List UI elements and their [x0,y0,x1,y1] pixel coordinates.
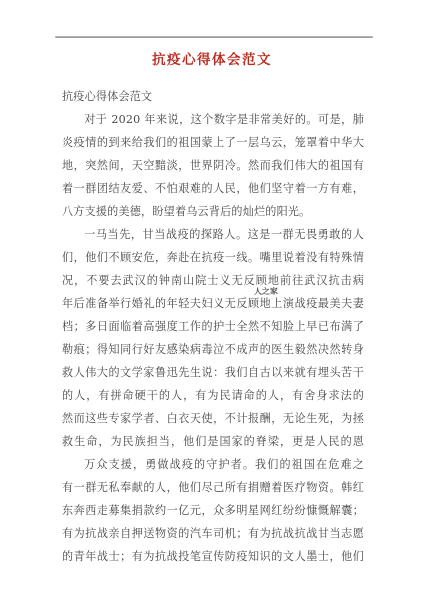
text-line: 东奔西走募集捐款约一亿元，众多明星网红纷纷慷慨解囊； [62,499,364,522]
text-line: 的人，有拼命硬干的人，有为民请命的人，有舍身求法的人。 [62,384,364,407]
text-line: 然而这些专家学者、白衣天使，不计报酬，无论生死，为拯 [62,407,364,430]
text-line: 档；多日面临着高强度工作的护士全然不知脸上早已布满了 [62,315,364,338]
header-rule [55,36,373,38]
text-line: 救人伟大的文学家鲁迅先生说：我们自古以来就有埋头苦干 [62,361,364,384]
text-line: 勒痕；得知同行好友感染病毒泣不成声的医生毅然决然转身 [62,338,364,361]
text-line: 们，他们不顾安危，奔赴在抗疫一线。嘴里说着没有特殊情 [62,246,364,269]
page-title: 抗疫心得体会范文 [0,48,424,68]
text-line: 有一群无私奉献的人，他们尽己所有捐赠着医疗物资。韩红 [62,476,364,499]
text-line: 万众支援，勇做战疫的守护者。我们的祖国在危难之际， [62,453,364,476]
text-line: 着一群团结友爱、不怕艰难的人民，他们坚守着一方有难， [62,177,364,200]
body-text: 抗疫心得体会范文对于 2020 年来说，这个数字是非常美好的。可是，肺炎疫情的到… [62,85,364,568]
text-line: 地，突然间，天空黯淡，世界阴冷。然而我们伟大的祖国有 [62,154,364,177]
text-line: 抗疫心得体会范文 [62,85,364,108]
text-line: 炎疫情的到来给我们的祖国蒙上了一层乌云，笼罩着中华大 [62,131,364,154]
text-line: 八方支援的美德，盼望着乌云背后的灿烂的阳光。 [62,200,364,223]
text-line: 救生命，为民族担当，他们是国家的脊梁，更是人民的恩人。 [62,430,364,453]
text-line: 对于 2020 年来说，这个数字是非常美好的。可是，肺 [62,108,364,131]
document-page: 抗疫心得体会范文 抗疫心得体会范文对于 2020 年来说，这个数字是非常美好的。… [0,0,424,600]
text-line: 况，不要去武汉的钟南山院士义无反顾地前往武汉抗击病毒； [62,269,364,292]
text-line: 年后准备举行婚礼的年轻夫妇义无反顾地上演战疫最美夫妻 [62,292,364,315]
text-line: 一马当先，甘当战疫的探路人。这是一群无畏勇敢的人 [62,223,364,246]
text-line: 的青年战士；有为抗战投笔宣传防疫知识的文人墨士，他们 [62,545,364,568]
text-line: 有为抗战亲自押送物资的汽车司机；有为抗战抗战甘当志愿 [62,522,364,545]
